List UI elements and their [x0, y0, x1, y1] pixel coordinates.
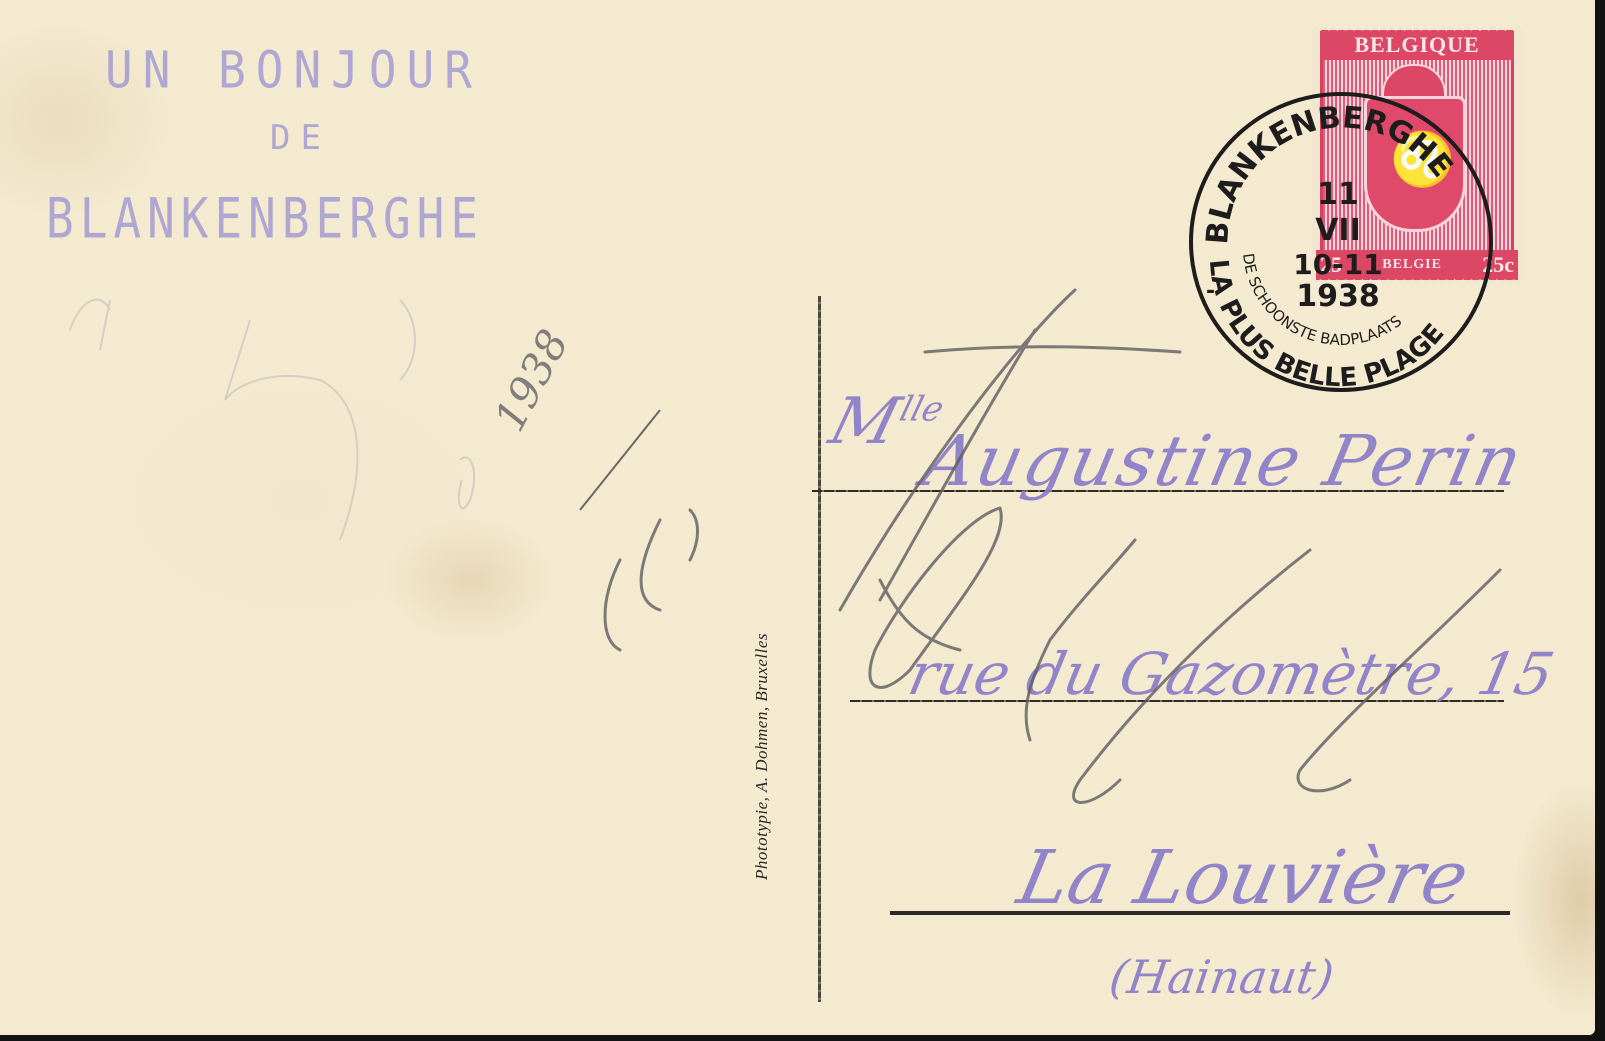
- pencil-year-note: 1938: [485, 322, 578, 439]
- center-divider: [818, 296, 821, 1002]
- greeting-stamp-line1: UN BONJOUR: [105, 40, 482, 99]
- greeting-stamp-line2: DE: [270, 118, 331, 158]
- svg-text:VII: VII: [1315, 213, 1361, 248]
- svg-text:11: 11: [1317, 177, 1359, 212]
- greeting-stamp-line3: BLANKENBERGHE: [46, 186, 484, 251]
- address-street: rue du Gazomètre, 15: [903, 640, 1560, 708]
- address-name: Augustine Perin: [916, 420, 1530, 502]
- publisher-imprint: Phototypie, A. Dohmen, Bruxelles: [752, 633, 772, 880]
- postmark-cancel-icon: BLANKENBERGHE DE SCHOONSTE BADPLAATS LA …: [1188, 92, 1494, 398]
- postcard: UN BONJOUR DE BLANKENBERGHE 1938 Phototy…: [0, 0, 1595, 1035]
- postmark: BLANKENBERGHE DE SCHOONSTE BADPLAATS LA …: [1188, 92, 1494, 398]
- svg-text:-: -: [1206, 279, 1215, 304]
- address-city: La Louvière: [1011, 835, 1476, 921]
- salutation-letter: M: [822, 385, 907, 459]
- address-region: (Hainaut): [1106, 950, 1337, 1004]
- stamp-country-top: BELGIQUE: [1320, 30, 1514, 60]
- svg-text:10-11: 10-11: [1293, 248, 1383, 281]
- svg-text:1938: 1938: [1296, 279, 1380, 314]
